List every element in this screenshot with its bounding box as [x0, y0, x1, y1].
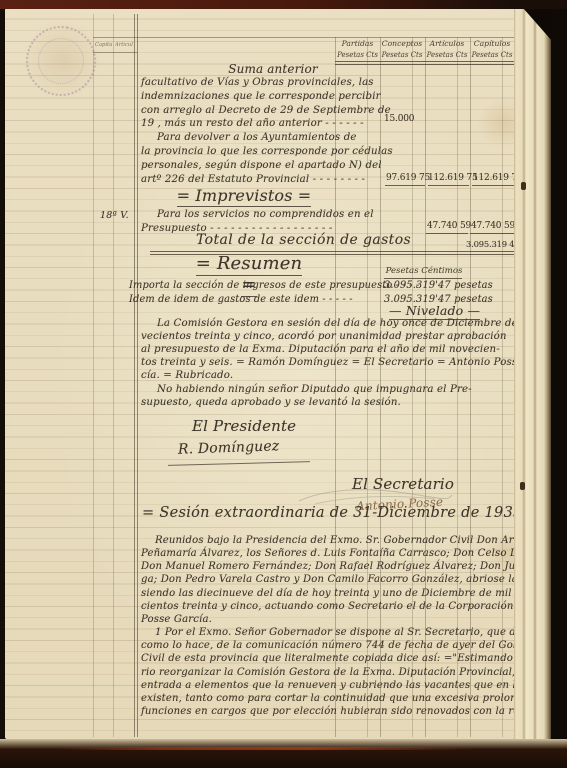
manuscript-line: 19 , más un resto del año anterior - - -… [141, 117, 347, 131]
resumen-lines: Importa la sección de ingresos de este p… [129, 279, 389, 306]
header-rule [93, 52, 137, 53]
page-edge-notch [520, 482, 525, 490]
manuscript-line: Importa la sección de ingresos de este p… [129, 279, 389, 293]
manuscript-line: siendo las diecinueve del día de hoy tre… [141, 587, 525, 600]
pencil-scribble [295, 485, 455, 507]
manuscript-line: Don Manuel Romero Fernández; Don Rafael … [141, 560, 525, 573]
col-header-conceptos: Conceptos [380, 39, 424, 48]
manuscript-line: indemnizaciones que le corresponde perci… [141, 90, 347, 104]
page-edge-notch [521, 182, 526, 190]
manuscript-line: cientos treinta y cinco, actuando como S… [141, 600, 525, 613]
margin-col-header: Artículo [115, 42, 133, 48]
imprevistos-heading-text: = Imprevistos = [177, 186, 312, 207]
manuscript-line: funciones en cargos que por elección hub… [141, 705, 525, 718]
manuscript-line: existen, tanto como para cortar la conti… [141, 692, 525, 705]
amount-15000: 15.000 [384, 114, 414, 124]
manuscript-line: No habiendo ningún señor Diputado que im… [141, 383, 523, 396]
manuscript-line: cía. = Rubricado. [141, 369, 523, 382]
scanned-ledger-photo: Capítulo Artículo Partidas Conceptos Art… [0, 0, 567, 768]
total-gastos-amount: 3.095.319 47 [466, 239, 520, 249]
manuscript-line: vecientos treinta y cinco, acordó por un… [141, 330, 523, 343]
nivelado-label: — Nivelado — [389, 303, 480, 318]
manuscript-line: al presupuesto de la Exma. Diputación pa… [141, 343, 523, 356]
margin-col-header: Capítulo [95, 42, 112, 48]
amount-underline [385, 185, 425, 186]
manuscript-line: artº 226 del Estatuto Provincial - - - -… [141, 173, 347, 187]
col-header-articulos: Artículos [425, 39, 469, 48]
manuscript-line: como lo hace, de la comunicación número … [141, 639, 525, 652]
resumen-amounts: 3.095.319'47 pesetas3.095.319'47 pesetas [384, 279, 516, 306]
manuscript-line: La Comisión Gestora en sesión del día de… [141, 317, 523, 330]
manuscript-line: ga; Don Pedro Varela Castro y Don Camilo… [141, 573, 525, 586]
suma-anterior-label: Suma anterior [203, 62, 343, 76]
manuscript-line: Idem de idem de gastos de este idem - - … [129, 293, 389, 307]
gastos-entry-block: facultativo de Vías y Obras provinciales… [141, 76, 347, 186]
manuscript-line: supuesto, queda aprobado y se levantó la… [141, 396, 523, 409]
col-header-capitulos: Capítulos [470, 39, 514, 48]
amount-articulos: 47.740 59 [427, 221, 471, 231]
manuscript-line: tos treinta y seis. = Ramón Domínguez = … [141, 356, 523, 369]
manuscript-line: Reunidos bajo la Presidencia del Exmo. S… [141, 534, 525, 547]
col-header-partidas: Partidas [336, 39, 379, 48]
manuscript-line: Peñamaría Álvarez, los Señores d. Luis F… [141, 547, 525, 560]
total-gastos-heading: Total de la sección de gastos [196, 232, 411, 248]
margin-column-rule [93, 14, 94, 737]
imprevistos-heading: = Imprevistos = [150, 186, 338, 205]
president-label: El Presidente [192, 417, 296, 435]
header-rule [335, 64, 514, 65]
book-cover-bottom [0, 739, 567, 768]
manuscript-line: 3.095.319'47 pesetas [384, 279, 516, 293]
subheader-pesetas-cts: Pesetas Cts [470, 51, 514, 59]
margin-column-rule [113, 14, 114, 737]
acta-paragraph: No habiendo ningún señor Diputado que im… [141, 383, 523, 409]
manuscript-line: Posse García. [141, 613, 525, 626]
manuscript-line: facultativo de Vías y Obras provinciales… [141, 76, 347, 90]
manuscript-line: 1 Por el Exmo. Señor Gobernador se dispo… [141, 626, 525, 639]
manuscript-line: Para devolver a los Ayuntamientos de [141, 131, 347, 145]
amount-underline [426, 233, 468, 234]
manuscript-line: la provincia lo que les corresponde por … [141, 145, 347, 159]
session-paragraph: Reunidos bajo la Presidencia del Exmo. S… [141, 534, 525, 718]
manuscript-line: Para los servicios no comprendidos en el [141, 208, 347, 222]
book-cover-red-edge [55, 747, 475, 750]
amount-capitulos: 47.740 59 [471, 221, 515, 231]
manuscript-line: Civil de esta provincia que literalmente… [141, 652, 525, 665]
book-cover-right [551, 0, 567, 768]
book-page-edges [514, 8, 552, 739]
session-heading: = Sesión extraordinaria de 31-Diciembre … [142, 505, 540, 521]
amount-articulos: 112.619 75 [428, 173, 478, 183]
resumen-cols-header: Pesetas Céntimos [385, 266, 463, 276]
subheader-pesetas-cts: Pesetas Cts [425, 51, 469, 59]
manuscript-line: entrada a elementos que la renueven y cu… [141, 679, 525, 692]
header-rule [93, 37, 514, 38]
acta-paragraph: La Comisión Gestora en sesión del día de… [141, 317, 523, 382]
subheader-pesetas-cts: Pesetas Cts [380, 51, 424, 59]
header-rule [335, 61, 514, 62]
amount-underline [428, 185, 469, 186]
text-column-rule [134, 14, 135, 737]
subheader-pesetas-cts: Pesetas Cts [336, 51, 379, 59]
text-column-rule [137, 14, 138, 737]
manuscript-line: con arreglo al Decreto de 29 de Septiemb… [141, 104, 347, 118]
manuscript-line: personales, según dispone el apartado N)… [141, 159, 347, 173]
gastos-entry-block: Para los servicios no comprendidos en el… [141, 208, 347, 235]
amount-conceptos: 97.619 75 [386, 173, 430, 183]
margin-note: 18ª V. [100, 210, 129, 221]
manuscript-line: rio reorganizar la Comisión Gestora de l… [141, 666, 525, 679]
book-cover-top [0, 0, 567, 9]
total-double-rule [150, 251, 514, 252]
amount-underline [470, 233, 514, 234]
amount-underline [472, 185, 514, 186]
